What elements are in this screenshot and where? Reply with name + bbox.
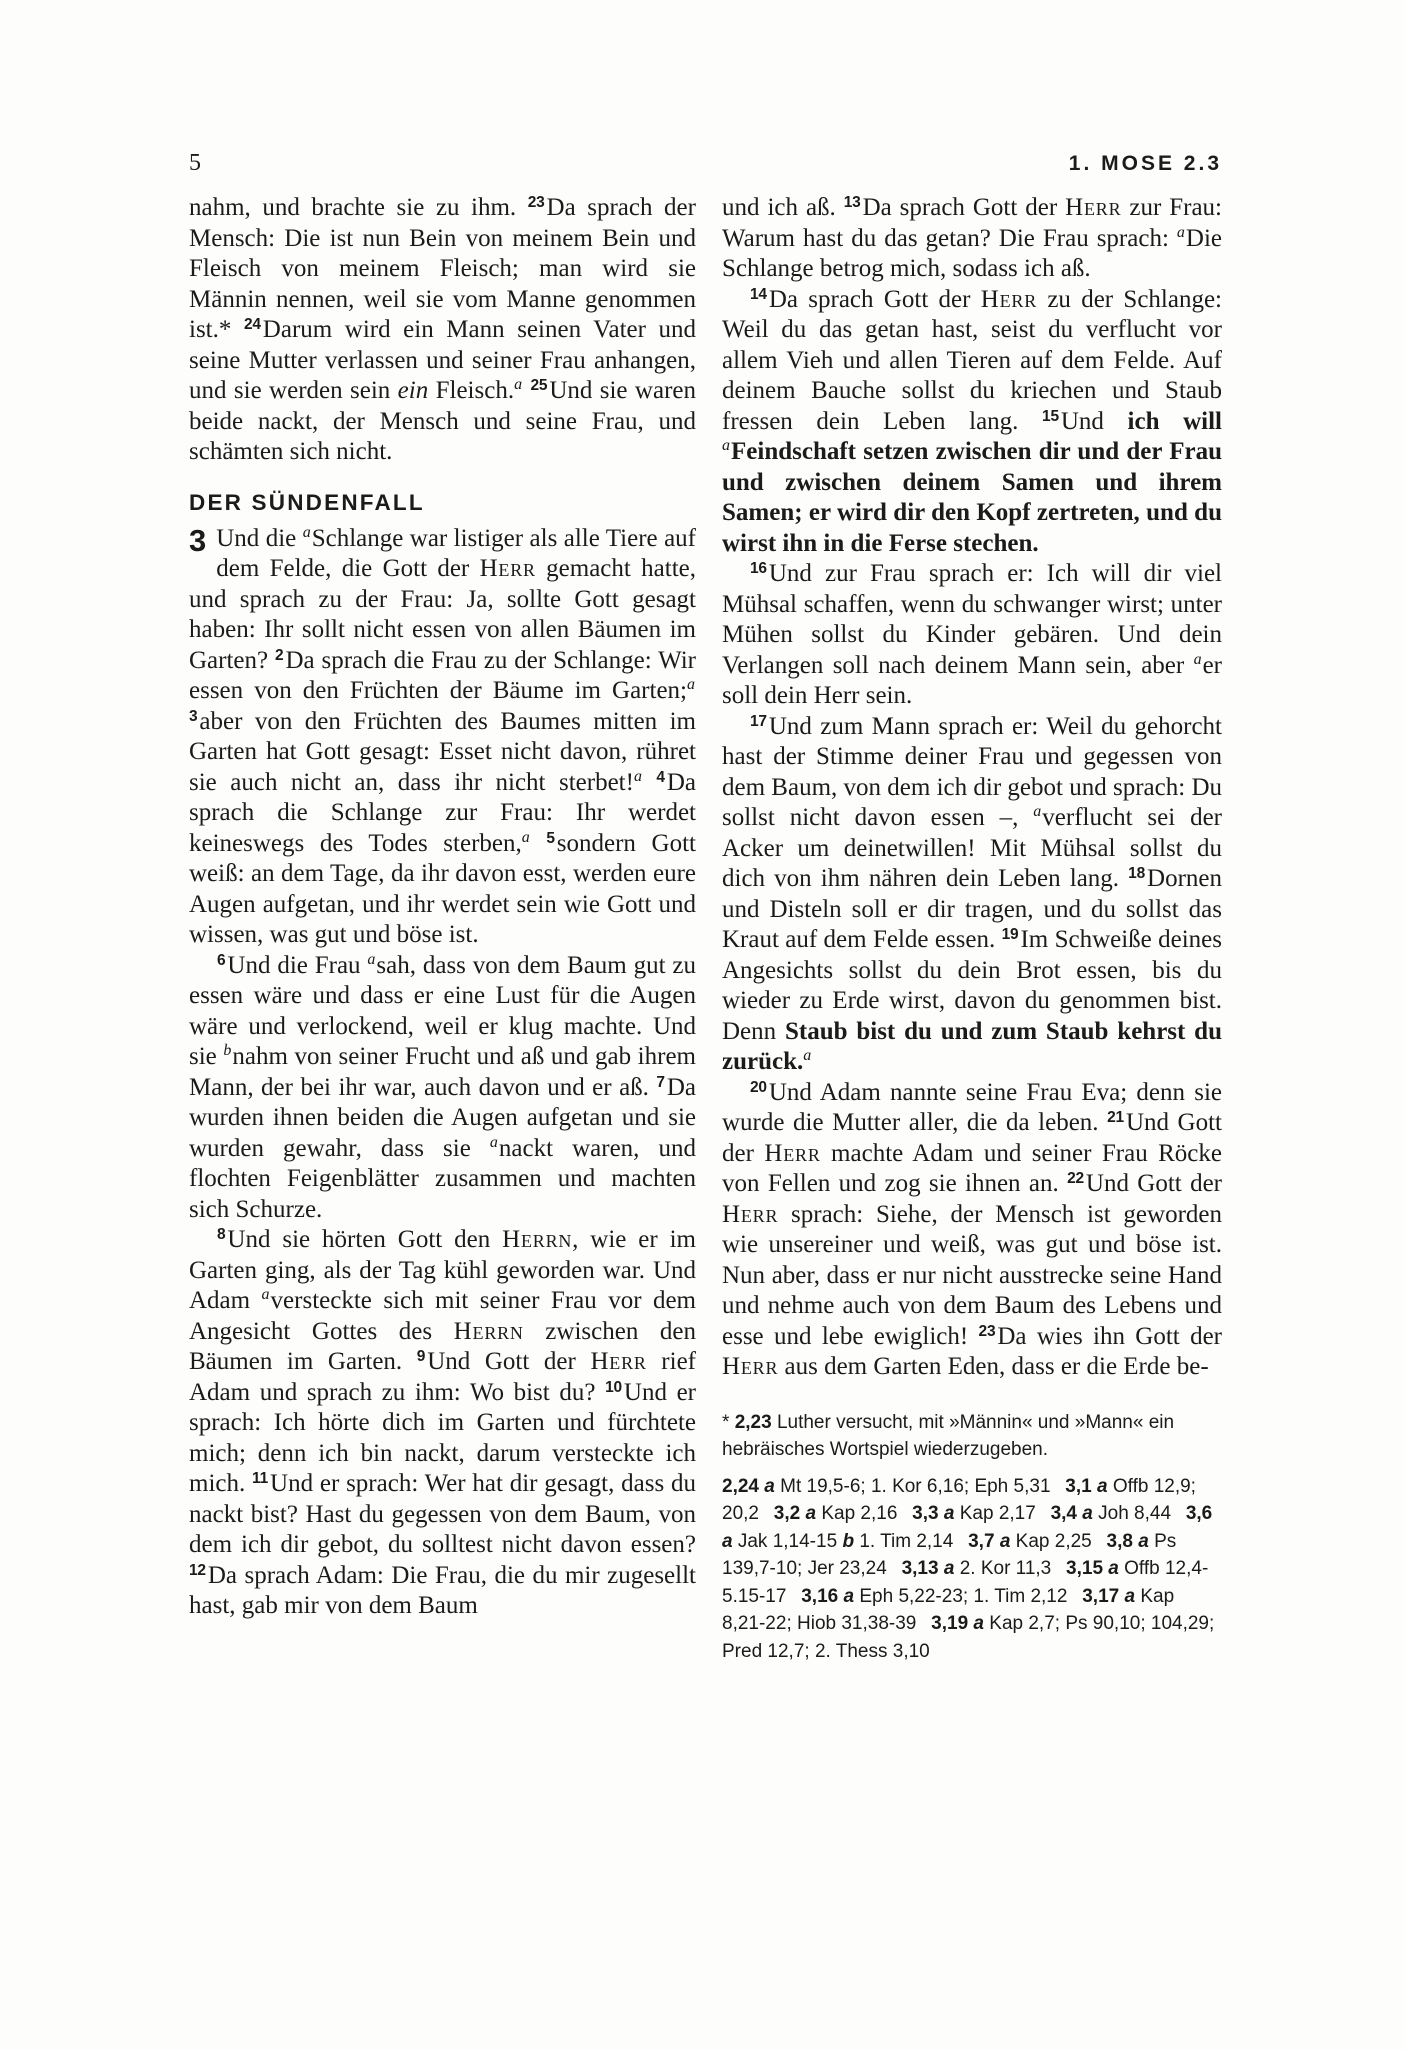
footnote-letter: a [490, 1134, 498, 1151]
body-text [643, 769, 656, 796]
crossref-letter: b [842, 1531, 854, 1552]
footnote-letter: a [634, 768, 642, 785]
crossref-verse: 3,19 [931, 1613, 968, 1634]
footnote-letter: a [1033, 803, 1041, 820]
verse-number: 20 [750, 1079, 767, 1096]
chapter-paragraph: 3Und die aSchlange war listiger als alle… [189, 524, 696, 951]
divine-name: Herr [1065, 194, 1121, 221]
verse-number: 19 [1002, 926, 1019, 943]
paragraph: 6Und die Frau asah, dass von dem Baum gu… [189, 951, 696, 1226]
footnote-letter: a [303, 524, 311, 541]
divine-name: Herrn [502, 1226, 572, 1253]
crossref-verse: 3,3 [912, 1503, 938, 1524]
verse-number: 9 [417, 1348, 425, 1365]
verse-number: 16 [750, 560, 767, 577]
body-text: Und Gott der [427, 1348, 590, 1375]
crossref-verse: 3,13 [902, 1558, 939, 1579]
crossref-verse: 3,8 [1107, 1531, 1133, 1552]
verse-number: 10 [605, 1379, 622, 1396]
body-text: Da sprach Adam: Die Frau, die du mir zug… [189, 1562, 696, 1620]
body-text: Und [1061, 408, 1128, 435]
verse-number: 5 [546, 830, 554, 847]
section-heading: DER SÜNDENFALL [189, 489, 696, 517]
bold-text: Feindschaft setzen zwischen dir und der … [722, 438, 1222, 557]
bold-text: Staub bist du und zum Staub kehrst du zu… [722, 1018, 1222, 1076]
footnote-letter: a [687, 676, 695, 693]
verse-number: 8 [217, 1226, 225, 1243]
verse-number: 2 [275, 647, 283, 664]
verse-number: 18 [1128, 865, 1145, 882]
chapter-number: 3 [189, 526, 206, 582]
crossref-letter: a [944, 1503, 955, 1524]
footnotes: * 2,23 Luther versucht, mit »Männin« und… [722, 1409, 1222, 1666]
paragraph: und ich aß. 13Da sprach Gott der Herr zu… [722, 193, 1222, 285]
footnote-letter: a [262, 1286, 270, 1303]
page-header: 5 1. MOSE 2.3 [189, 150, 1222, 177]
note-ref: 2,23 [735, 1412, 772, 1433]
verse-number: 6 [217, 952, 225, 969]
crossref-letter: a [805, 1503, 816, 1524]
body-text [531, 830, 547, 857]
verse-number: 12 [189, 1562, 206, 1579]
verse-number: 23 [979, 1323, 996, 1340]
verse-number: 14 [750, 286, 767, 303]
body-text: Da sprach Gott der [863, 194, 1066, 221]
footnote-letter: a [1194, 651, 1202, 668]
crossref-verse: 3,16 [801, 1586, 838, 1607]
verse-number: 7 [656, 1074, 664, 1091]
divine-name: Herr [590, 1348, 646, 1375]
footnote-letter: a [514, 376, 522, 393]
divine-name: Herr [981, 286, 1037, 313]
verse-number: 11 [252, 1470, 268, 1487]
crossref-verse: 3,2 [774, 1503, 800, 1524]
crossref-letter: a [1108, 1558, 1119, 1579]
cross-references: 2,24 a Mt 19,5-6; 1. Kor 6,16; Eph 5,31 … [722, 1473, 1222, 1666]
verse-number: 22 [1067, 1170, 1084, 1187]
crossref-letter: a [973, 1613, 984, 1634]
verse-number: 3 [189, 708, 197, 725]
body-text: aber von den Früchten des Baumes mitten … [189, 708, 696, 796]
crossref-verse: 3,17 [1082, 1586, 1119, 1607]
left-column: nahm, und brachte sie zu ihm. 23Da sprac… [189, 193, 696, 1665]
verse-number: 23 [528, 194, 545, 211]
body-text: Und Gott der [1086, 1170, 1222, 1197]
footnote-letter: a [522, 829, 530, 846]
footnote-letter: a [1177, 224, 1185, 241]
verse-number: 24 [244, 316, 261, 333]
crossref-letter: a [722, 1531, 733, 1552]
footnote-letter: a [803, 1047, 811, 1064]
body-text: Und die Frau [227, 952, 367, 979]
crossref-letter: a [764, 1476, 775, 1497]
paragraph: 20Und Adam nannte seine Frau Eva; denn s… [722, 1078, 1222, 1383]
verse-number: 15 [1042, 408, 1059, 425]
bible-page: 5 1. MOSE 2.3 nahm, und brachte sie zu i… [0, 0, 1404, 2050]
crossref-letter: a [1138, 1531, 1149, 1552]
verse-number: 25 [530, 377, 547, 394]
crossref-verse: 3,15 [1066, 1558, 1103, 1579]
body-text: nahm, und brachte sie zu ihm. [189, 194, 528, 221]
footnote-letter: a [722, 437, 730, 454]
crossref-verse: 3,4 [1051, 1503, 1077, 1524]
crossref-letter: a [1097, 1476, 1108, 1497]
italic-text: ein [398, 377, 429, 404]
footnote-letter: b [223, 1042, 231, 1059]
crossref-letter: a [1000, 1531, 1011, 1552]
page-content: 5 1. MOSE 2.3 nahm, und brachte sie zu i… [189, 150, 1222, 1665]
body-text: Da wies ihn Gott der [997, 1323, 1222, 1350]
divine-name: Herr [722, 1201, 778, 1228]
divine-name: Herr [764, 1140, 820, 1167]
running-head: 1. MOSE 2.3 [1069, 151, 1222, 177]
right-column: und ich aß. 13Da sprach Gott der Herr zu… [722, 193, 1222, 1665]
body-text: Fleisch. [428, 377, 514, 404]
body-text: und ich aß. [722, 194, 844, 221]
crossref-verse: 2,24 [722, 1476, 759, 1497]
crossref-letter: a [844, 1586, 855, 1607]
crossref-verse: 3,1 [1065, 1476, 1091, 1497]
divine-name: Herr [480, 555, 536, 582]
crossref-letter: a [1124, 1586, 1135, 1607]
crossref-verse: 3,6 [1186, 1503, 1212, 1524]
paragraph: 16Und zur Frau sprach er: Ich will dir v… [722, 559, 1222, 712]
paragraph: 8Und sie hörten Gott den Herrn, wie er i… [189, 1225, 696, 1622]
body-text: aus dem Garten Eden, dass er die Erde be… [778, 1353, 1208, 1380]
translator-note: * 2,23 Luther versucht, mit »Männin« und… [722, 1409, 1222, 1464]
verse-number: 13 [844, 194, 861, 211]
crossref-verse: 3,7 [968, 1531, 994, 1552]
footnote-letter: a [367, 951, 375, 968]
note-marker: * [722, 1412, 735, 1433]
body-text: nahm von seiner Frucht und aß und gab ih… [189, 1043, 696, 1101]
verse-number: 17 [750, 713, 767, 730]
verse-number: 21 [1107, 1109, 1124, 1126]
paragraph: nahm, und brachte sie zu ihm. 23Da sprac… [189, 193, 696, 468]
bold-text: ich will [1128, 408, 1222, 435]
paragraph: 14Da sprach Gott der Herr zu der Schlang… [722, 285, 1222, 560]
divine-name: Herr [722, 1353, 778, 1380]
note-text: Luther versucht, mit »Männin« und »Mann«… [722, 1412, 1174, 1461]
page-number: 5 [189, 150, 201, 176]
body-text: Und zur Frau sprach er: Ich will dir vie… [722, 560, 1222, 679]
body-text: Da sprach Gott der [769, 286, 981, 313]
paragraph: 17Und zum Mann sprach er: Weil du gehorc… [722, 712, 1222, 1078]
crossref-letter: a [944, 1558, 955, 1579]
divine-name: Herrn [454, 1318, 524, 1345]
verse-number: 4 [656, 769, 664, 786]
body-text: Und die [216, 525, 302, 552]
body-text: Und sie hörten Gott den [227, 1226, 502, 1253]
text-columns: nahm, und brachte sie zu ihm. 23Da sprac… [189, 193, 1222, 1665]
crossref-letter: a [1082, 1503, 1093, 1524]
